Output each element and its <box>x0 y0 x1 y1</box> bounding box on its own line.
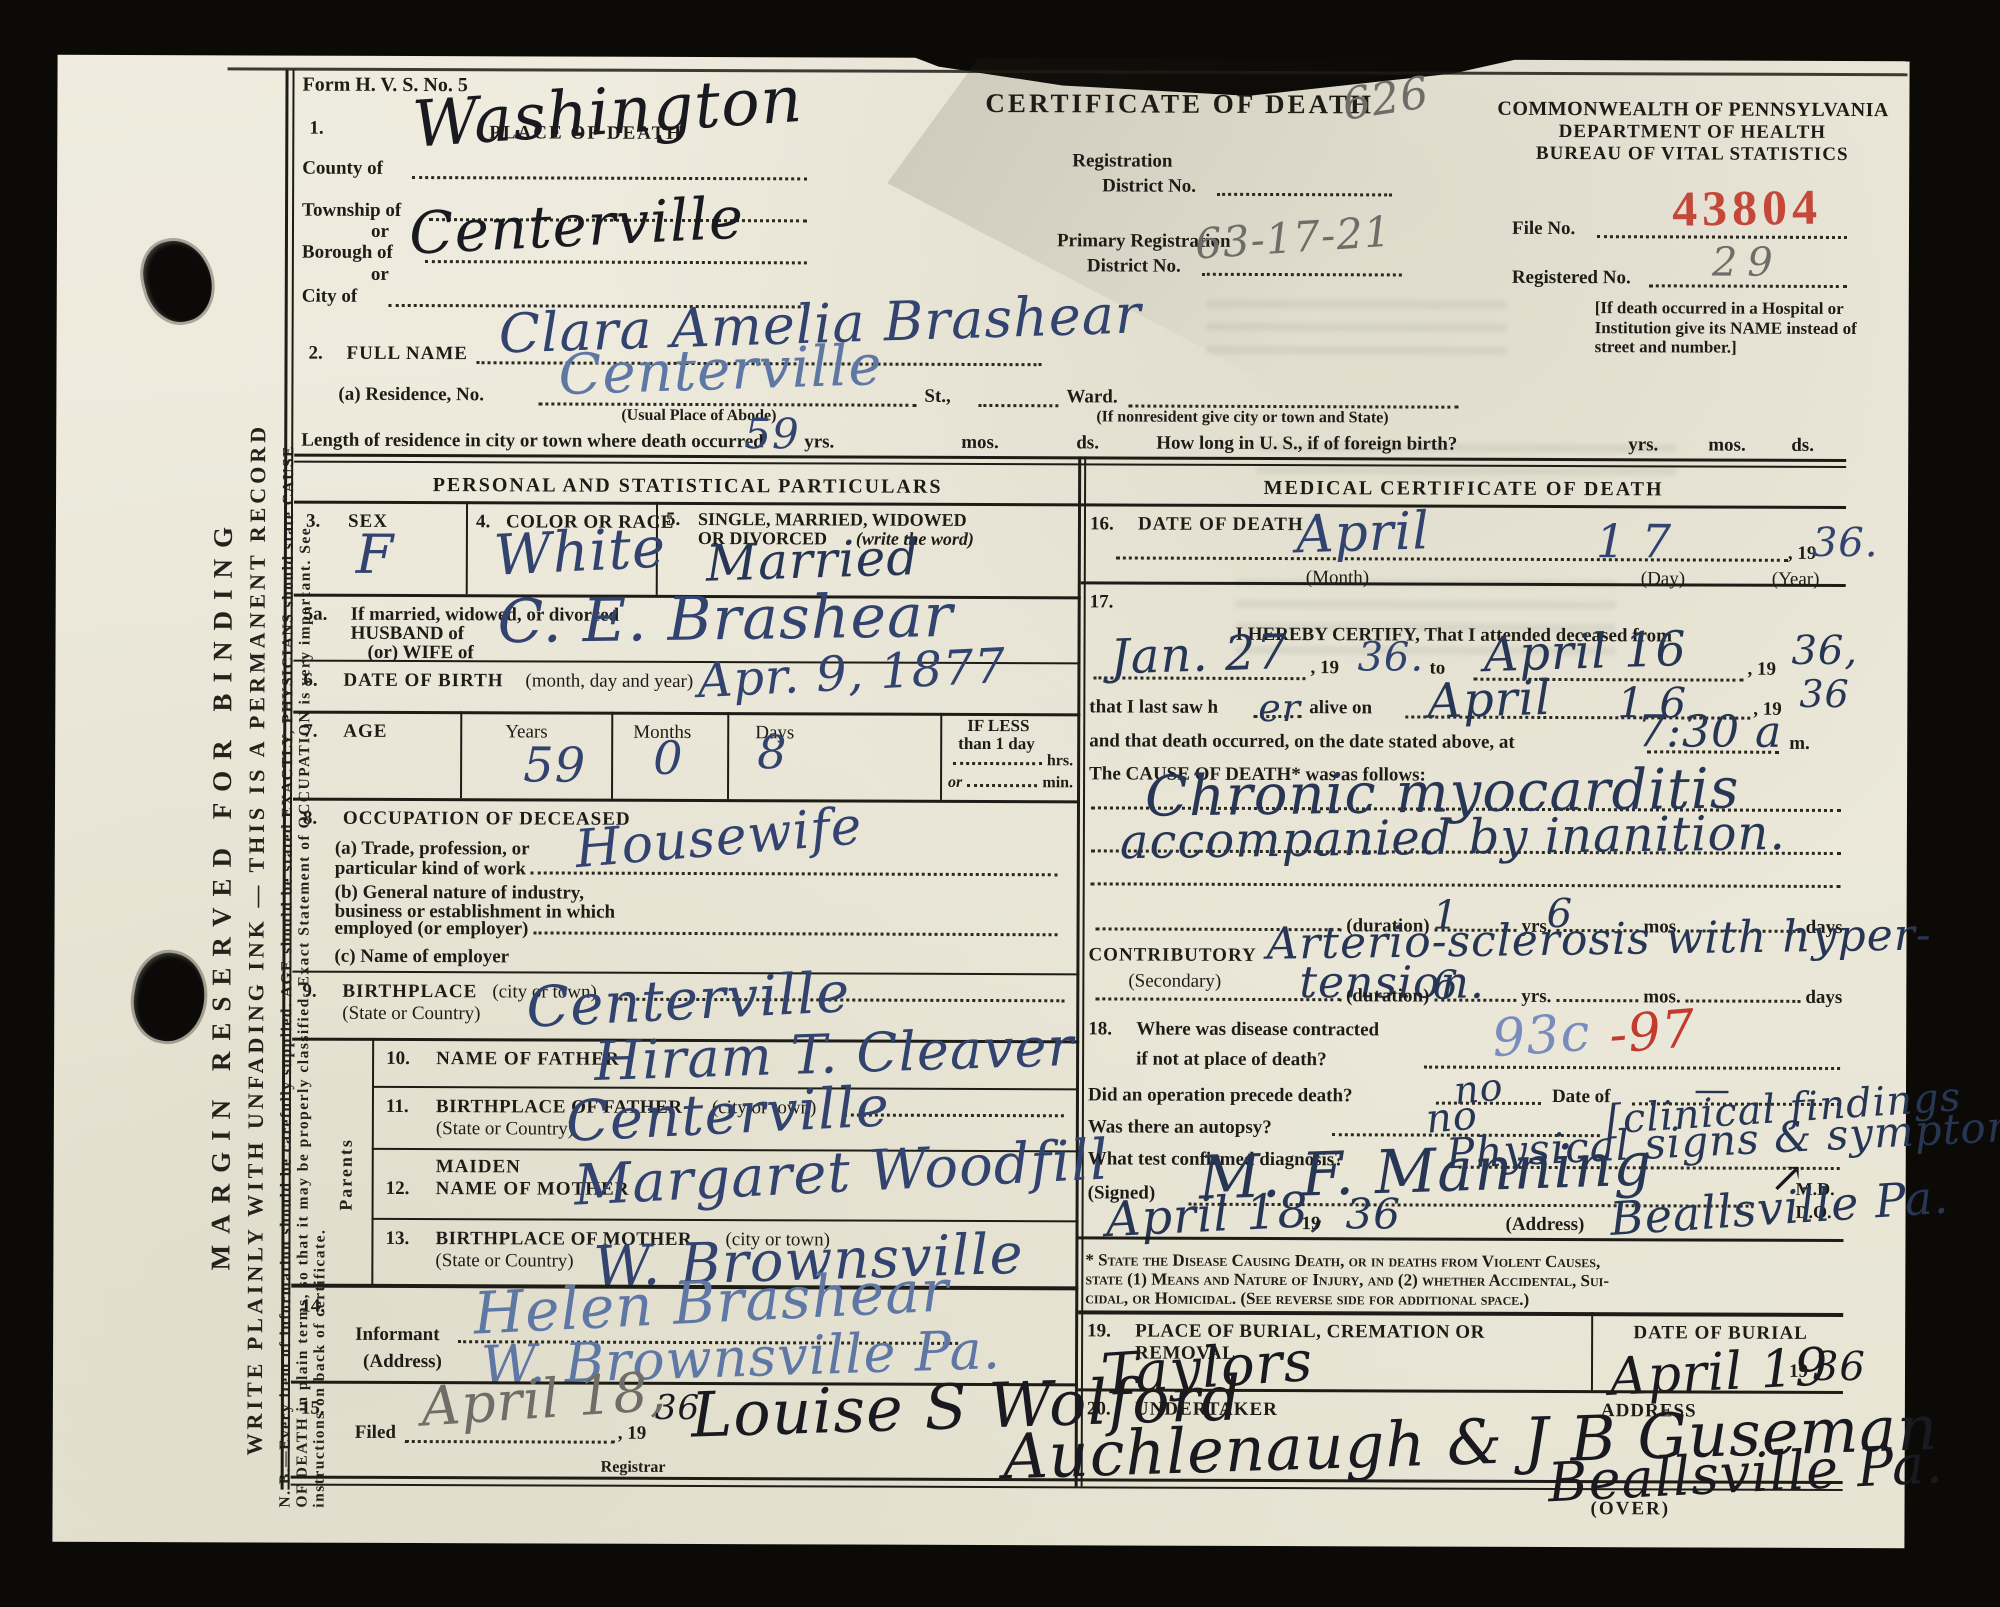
length-residence-value: 59 <box>744 413 800 455</box>
duration-label-2: (duration) <box>1346 985 1429 1007</box>
mos-label-2: mos. <box>1708 435 1746 458</box>
item1-number: 1. <box>309 118 323 140</box>
township-label: Township of <box>302 200 401 223</box>
ds-label-1: ds. <box>1076 432 1099 454</box>
last-saw-label: that I last saw h <box>1089 696 1218 719</box>
signature-year-value: 36 <box>1345 1193 1401 1235</box>
hospital-instruction-note: [If death occurred in a Hospital or Inst… <box>1595 298 1887 358</box>
signature-date-value: April 18, <box>1105 1185 1327 1244</box>
informant-label: Informant <box>355 1324 440 1347</box>
item17-number: 17. <box>1090 591 1114 613</box>
burial-19-printed: 19 <box>1789 1361 1808 1383</box>
residence-value: Centerville <box>558 338 884 404</box>
physician-address-value: Beallsville Pa. <box>1608 1174 1950 1242</box>
cause-line3 <box>1091 882 1841 888</box>
borough-value: Centerville <box>408 188 746 262</box>
filed-line <box>405 1440 615 1444</box>
footnote-line3: cidal, or Homicidal. (See reverse side f… <box>1085 1288 1529 1310</box>
item8-number: 8. <box>303 808 317 830</box>
handwritten-docket-number: 626 <box>1340 71 1433 128</box>
physician-address-label: (Address) <box>1505 1214 1584 1237</box>
sex-value: F <box>356 528 395 582</box>
age-years-divider <box>460 711 462 798</box>
birthplace-note2: (State or Country) <box>342 1003 480 1026</box>
min-label: min. <box>1042 774 1073 792</box>
registration-district-no-label: District No. <box>1102 175 1196 198</box>
row7-top-rule <box>293 711 1080 717</box>
sex-race-divider <box>466 501 468 594</box>
item6-number: 6. <box>303 670 317 692</box>
margin-ink-note: WRITE PLAINLY WITH UNFADING INK — THIS I… <box>242 423 272 1456</box>
hrs-label: hrs. <box>1047 752 1073 770</box>
occupation-a-line2: particular kind of work <box>335 858 526 881</box>
ds-label-2: ds. <box>1791 435 1814 457</box>
filed-date-value: April 18, <box>419 1364 668 1434</box>
columns-top-rule <box>294 501 1846 509</box>
county-label: County of <box>302 158 383 181</box>
burial-place-value: Taylors <box>1099 1334 1314 1404</box>
county-value: Washington <box>411 68 805 158</box>
year-caption: (Year) <box>1772 569 1820 592</box>
from-19-printed: , 19 <box>1310 657 1339 680</box>
item16-number: 16. <box>1090 513 1114 535</box>
to-year-value: 36, <box>1791 631 1858 671</box>
commonwealth-line: COMMONWEALTH OF PENNSYLVANIA <box>1497 98 1887 123</box>
primary-district-no-label: District No. <box>1087 255 1181 278</box>
how-long-us-label: How long in U. S., if of foreign birth? <box>1156 433 1457 456</box>
duration2-years-value: 6 <box>1432 966 1459 1006</box>
or-word: or <box>948 774 962 792</box>
dob-note: (month, day and year) <box>525 670 693 693</box>
operation-date-label: Date of <box>1552 1086 1611 1109</box>
item7-number: 7. <box>303 721 317 743</box>
race-value: White <box>493 520 668 584</box>
duration-row-2: (duration) yrs. mos. days <box>1090 984 1842 1009</box>
date-of-death-label: DATE OF DEATH <box>1138 514 1304 537</box>
spouse-value: C. E. Brashear <box>497 586 954 652</box>
item10-number: 10. <box>386 1048 410 1070</box>
last-saw-year-value: 36 <box>1799 675 1849 713</box>
row19-top-rule <box>1078 1310 1843 1317</box>
certificate-title: CERTIFICATE OF DEATH <box>985 88 1374 121</box>
occupation-b-line3: employed (or employer) <box>335 918 529 941</box>
item12-number: 12. <box>386 1178 410 1200</box>
file-no-stamp: 43804 <box>1672 178 1823 239</box>
item14-number: 14. <box>301 1296 325 1318</box>
department-line: DEPARTMENT OF HEALTH <box>1497 121 1887 145</box>
yrs-label-1: yrs. <box>804 431 834 454</box>
show-through-text <box>1207 299 1507 370</box>
nonresident-note: (If nonresident give city or town and St… <box>1096 408 1388 428</box>
ward-label: Ward. <box>1066 386 1117 409</box>
death-month-value: April <box>1295 505 1431 561</box>
marital-value: Married <box>705 532 920 589</box>
punch-hole-bottom <box>127 948 211 1047</box>
item2-number: 2. <box>309 343 323 365</box>
filed-19-printed: , 19 <box>618 1423 647 1446</box>
informant-address-label: (Address) <box>363 1351 442 1374</box>
maiden-label: MAIDEN <box>436 1156 521 1179</box>
mother-birthplace-note2: (State or Country) <box>435 1250 573 1273</box>
days-ifless-divider <box>940 713 942 800</box>
item13-number: 13. <box>385 1228 409 1250</box>
father-name-label: NAME OF FATHER <box>436 1048 620 1071</box>
registered-no-value: 29 <box>1712 243 1783 283</box>
alive-on-label: alive on <box>1309 697 1372 720</box>
her-value: er <box>1258 689 1301 727</box>
county-line <box>412 176 807 180</box>
item19-number: 19. <box>1087 1320 1111 1342</box>
birthplace-label: BIRTHPLACE <box>342 981 477 1004</box>
column-divider-inner <box>1081 456 1087 1486</box>
from-year-value: 36. <box>1357 637 1424 677</box>
years-months-divider <box>611 712 613 799</box>
age-years-value: 59 <box>523 741 586 789</box>
item11-number: 11. <box>386 1096 409 1118</box>
registration-label: Registration <box>1072 150 1172 173</box>
last-saw-month-value: April <box>1427 674 1552 726</box>
borough-label: Borough of <box>302 242 393 265</box>
item5-number: 5. <box>666 509 680 531</box>
to-19-printed: , 19 <box>1747 659 1776 682</box>
autopsy-label: Was there an autopsy? <box>1088 1116 1272 1139</box>
duration2-days-label: days <box>1805 987 1842 1009</box>
mos-label-1: mos. <box>961 432 999 455</box>
item18-number: 18. <box>1088 1018 1112 1040</box>
death-day-value: 1 7 <box>1596 518 1672 564</box>
dob-value: Apr. 9, 1877 <box>696 642 1007 705</box>
residence-label: (a) Residence, No. <box>338 384 484 407</box>
cause-value-line2: accompanied by inanition. <box>1120 809 1786 866</box>
dob-label: DATE OF BIRTH <box>343 670 503 693</box>
age-months-value: 0 <box>653 735 683 781</box>
age-days-value: 8 <box>757 729 787 775</box>
ifless-hrs-row: hrs. <box>948 752 1073 770</box>
registration-district-no-line <box>1217 193 1392 197</box>
day-caption: (Day) <box>1641 568 1685 591</box>
age-label: AGE <box>343 721 387 744</box>
over-label: (OVER) <box>1590 1498 1670 1521</box>
row13-top-rule <box>372 1218 1079 1222</box>
burial-year-value: 36 <box>1813 1347 1866 1387</box>
occupation-b-row: employed (or employer) <box>335 918 1063 943</box>
code-blue-pencil: 93c <box>1491 1007 1593 1065</box>
parents-label: Parents <box>336 1138 357 1211</box>
length-residence-label: Length of residence in city or town wher… <box>301 430 764 454</box>
death-occurred-label: and that death occurred, on the date sta… <box>1089 730 1515 754</box>
operation-label: Did an operation precede death? <box>1088 1084 1353 1107</box>
yrs-label-2: yrs. <box>1628 434 1658 457</box>
registrar-label: Registrar <box>601 1459 666 1478</box>
street-line <box>978 404 1058 407</box>
personal-particulars-heading: PERSONAL AND STATISTICAL PARTICULARS <box>294 474 1081 500</box>
month-caption: (Month) <box>1306 567 1369 590</box>
time-value: 7:30 a <box>1637 710 1782 755</box>
where-contracted-line1: Where was disease contracted <box>1136 1019 1379 1042</box>
item4-number: 4. <box>476 511 490 533</box>
item9-number: 9. <box>302 981 316 1003</box>
parents-bracket-line <box>371 1038 374 1286</box>
months-days-divider <box>727 712 729 799</box>
attended-from-value: Jan. 27 <box>1110 628 1289 682</box>
bureau-line: BUREAU OF VITAL STATISTICS <box>1497 143 1887 167</box>
margin-binding-note: MARGIN RESERVED FOR BINDING <box>205 516 239 1270</box>
full-name-label: FULL NAME <box>347 343 469 366</box>
item3-number: 3. <box>306 511 320 533</box>
or-label-2: or <box>371 264 389 286</box>
city-label: City of <box>302 286 357 309</box>
item15-number: 15. <box>301 1398 325 1420</box>
filed-label: Filed <box>355 1422 396 1445</box>
death-year-value: 36. <box>1812 523 1879 563</box>
where-contracted-line2: if not at place of death? <box>1136 1049 1327 1072</box>
burial-date-divider <box>1591 1312 1593 1390</box>
signature-19-printed: 19 <box>1301 1213 1320 1235</box>
margin-nb-note-line3: instructions on back of certificate. <box>311 1229 330 1508</box>
punch-hole-top <box>135 233 220 329</box>
or-label-1: or <box>371 221 389 243</box>
ifless-min-row: ormin. <box>948 774 1073 792</box>
registered-no-label: Registered No. <box>1512 267 1631 290</box>
code-red-pencil: -97 <box>1607 1003 1698 1062</box>
date-of-death-line <box>1116 556 1788 561</box>
certificate-paper: MARGIN RESERVED FOR BINDING WRITE PLAINL… <box>52 55 1909 1548</box>
street-label: St., <box>924 386 950 408</box>
item5a-number: 5a. <box>304 604 328 626</box>
m-label: m. <box>1789 733 1810 755</box>
row8-top-rule <box>293 798 1080 804</box>
file-no-label: File No. <box>1512 218 1575 241</box>
contributory-label: CONTRIBUTORY <box>1088 944 1256 967</box>
father-birthplace-note2: (State or Country) <box>436 1118 574 1141</box>
primary-district-no-value: 63-17-21 <box>1194 211 1393 266</box>
medical-certificate-heading: MEDICAL CERTIFICATE OF DEATH <box>1081 476 1846 502</box>
occupation-c-label: (c) Name of employer <box>334 946 509 969</box>
